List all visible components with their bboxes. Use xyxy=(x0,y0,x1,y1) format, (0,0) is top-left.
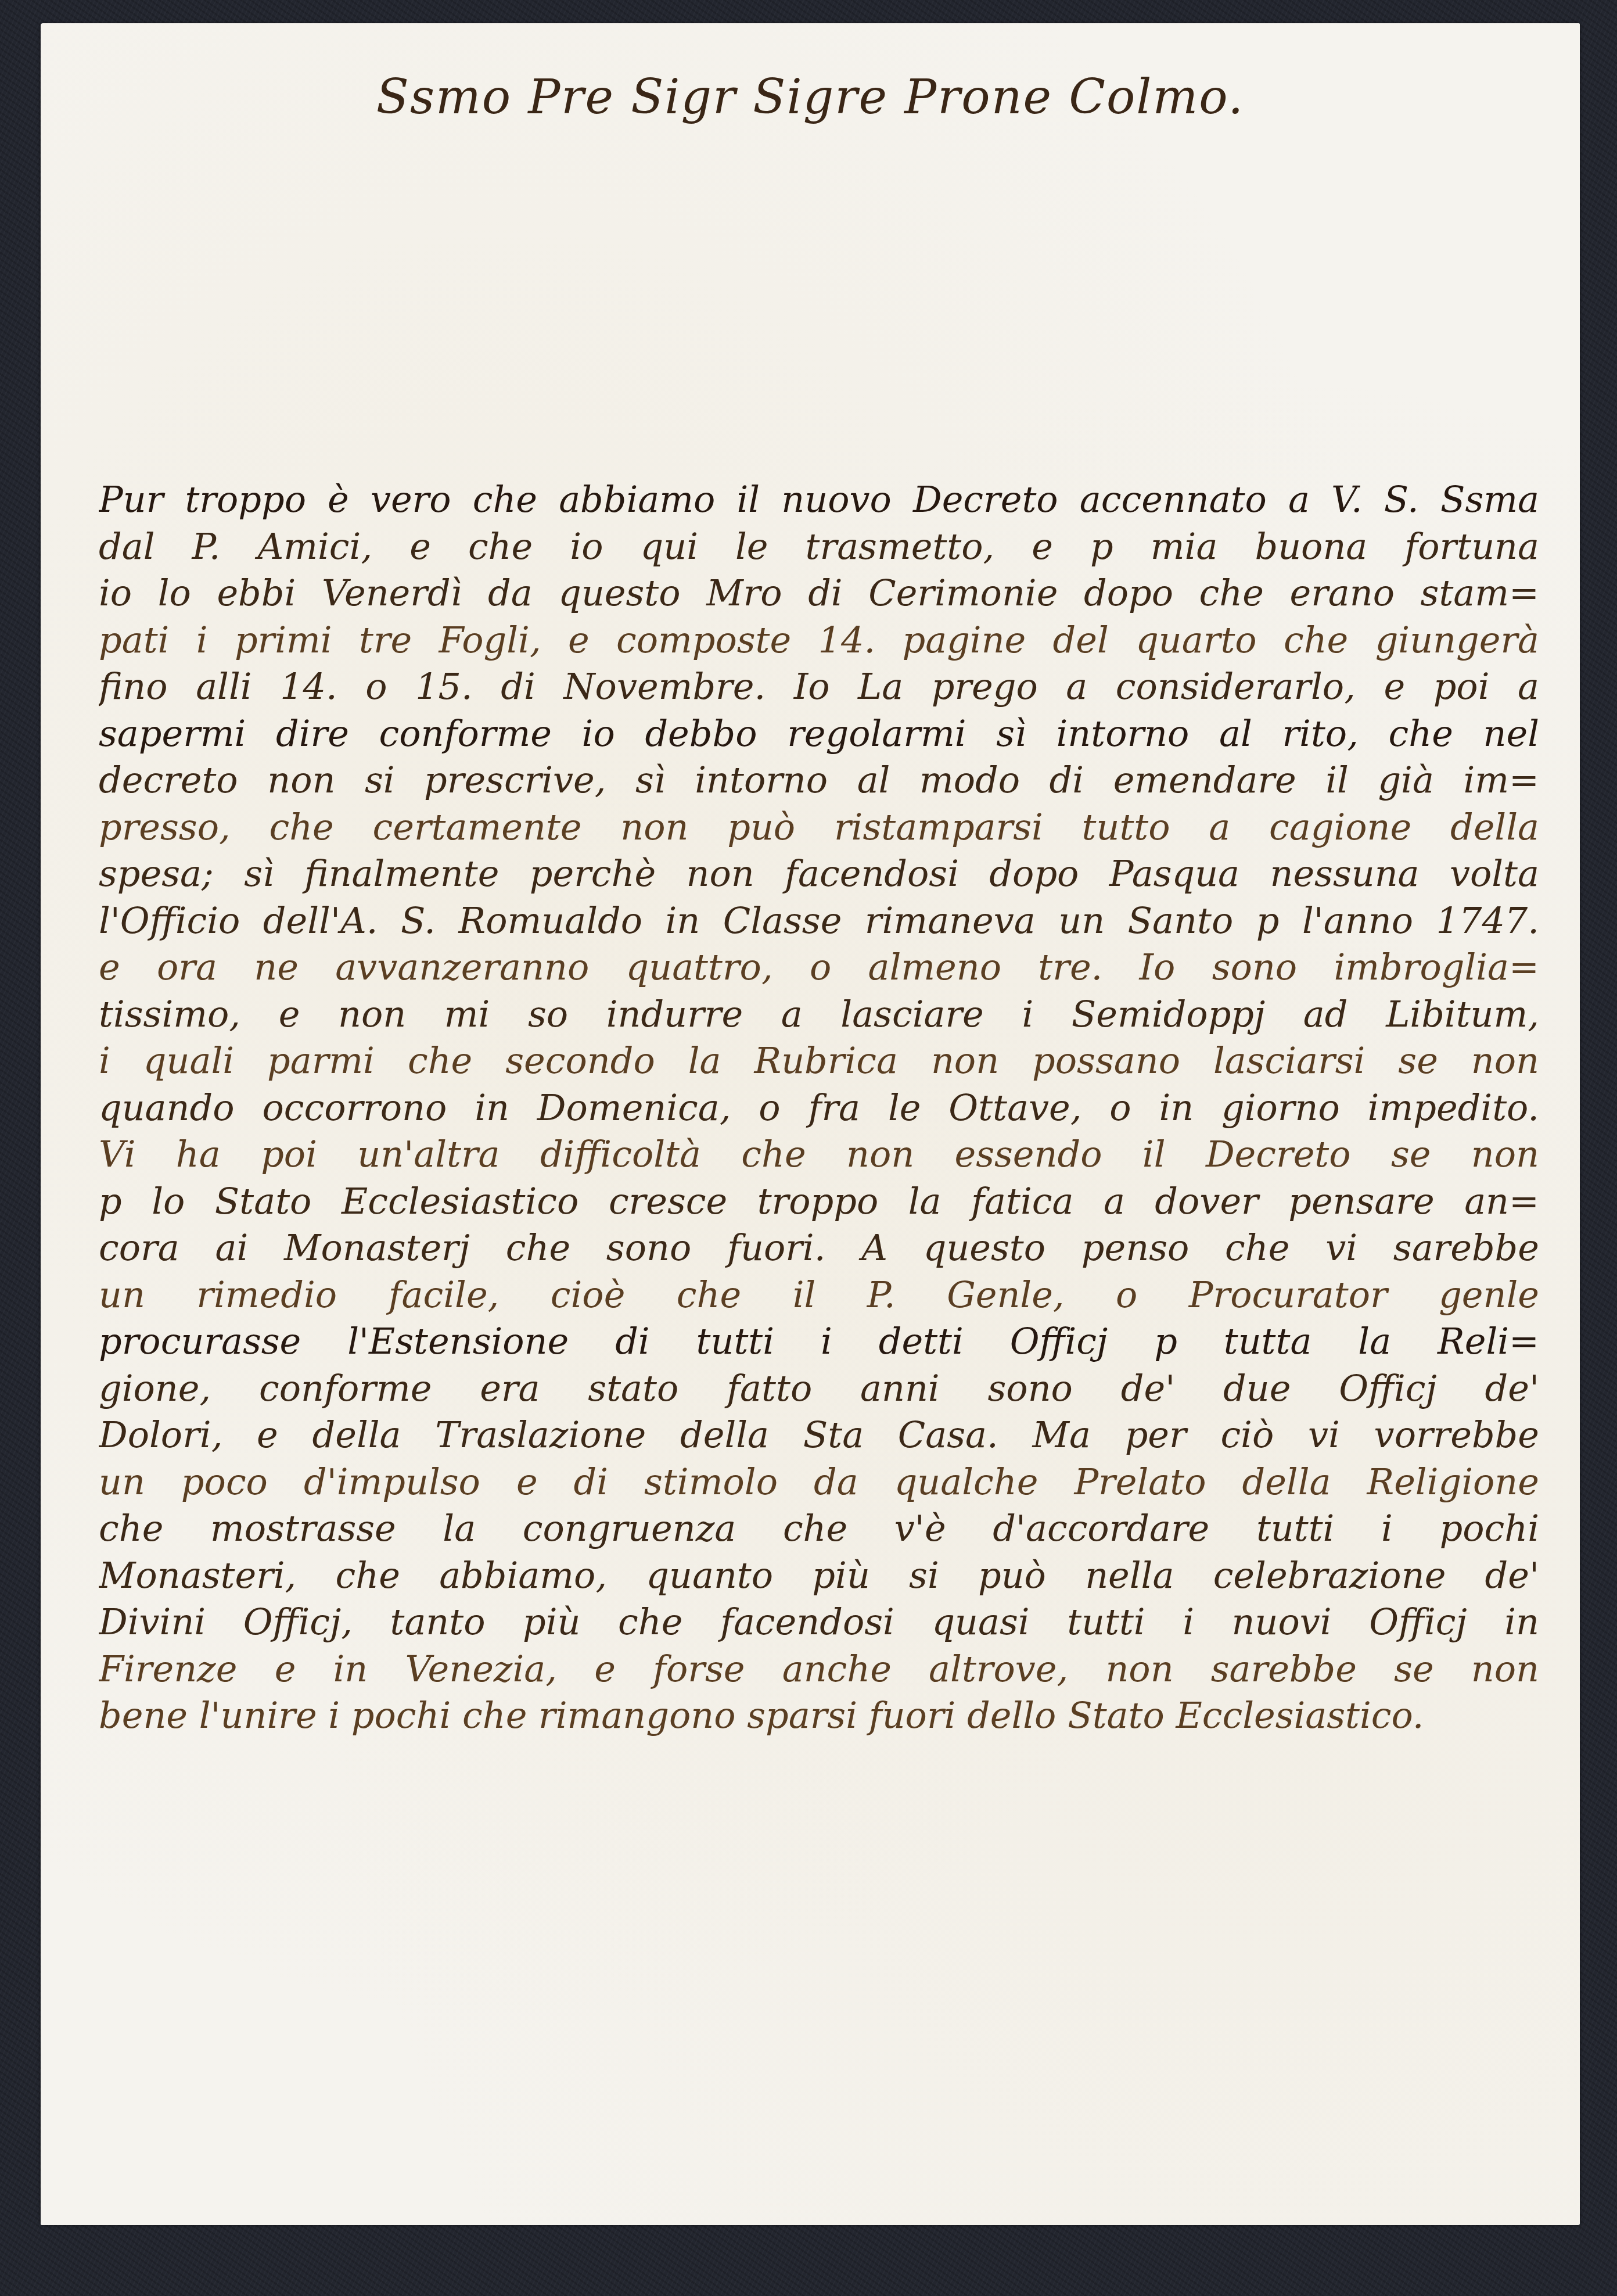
letter-line: Dolori, e della Traslazione della Sta Ca… xyxy=(99,1412,1539,1459)
letter-line: l'Officio dell'A. S. Romualdo in Classe … xyxy=(99,898,1539,945)
letter-salutation: Ssmo Pre Sigr Sigre Prone Colmo. xyxy=(41,70,1580,125)
letter-sheet: Ssmo Pre Sigr Sigre Prone Colmo. Pur tro… xyxy=(41,23,1580,2225)
letter-line: i quali parmi che secondo la Rubrica non… xyxy=(99,1038,1539,1085)
letter-line: Monasteri, che abbiamo, quanto più si pu… xyxy=(99,1552,1539,1599)
letter-line: tissimo, e non mi so indurre a lasciare … xyxy=(99,991,1539,1038)
letter-line: decreto non si prescrive, sì intorno al … xyxy=(99,757,1539,804)
letter-line: presso, che certamente non può ristampar… xyxy=(99,804,1539,851)
letter-line: gione, conforme era stato fatto anni son… xyxy=(99,1365,1539,1412)
letter-line: Divini Officj, tanto più che facendosi q… xyxy=(99,1599,1539,1646)
letter-line: procurasse l'Estensione di tutti i detti… xyxy=(99,1318,1539,1365)
letter-line: fino alli 14. o 15. di Novembre. Io La p… xyxy=(99,663,1539,711)
letter-line: un rimedio facile, cioè che il P. Genle,… xyxy=(99,1272,1539,1319)
letter-line: pati i primi tre Fogli, e composte 14. p… xyxy=(99,617,1539,664)
letter-line: cora ai Monasterj che sono fuori. A ques… xyxy=(99,1225,1539,1272)
letter-line: Vi ha poi un'altra difficoltà che non es… xyxy=(99,1131,1539,1178)
letter-line: Pur troppo è vero che abbiamo il nuovo D… xyxy=(99,476,1539,523)
letter-line: io lo ebbi Venerdì da questo Mro di Ceri… xyxy=(99,570,1539,617)
letter-body: Pur troppo è vero che abbiamo il nuovo D… xyxy=(99,476,1539,1739)
letter-line: spesa; sì finalmente perchè non facendos… xyxy=(99,851,1539,898)
letter-line: dal P. Amici, e che io qui le trasmetto,… xyxy=(99,523,1539,571)
letter-line: sapermi dire conforme io debbo regolarmi… xyxy=(99,711,1539,758)
letter-line: un poco d'impulso e di stimolo da qualch… xyxy=(99,1459,1539,1506)
letter-line: bene l'unire i pochi che rimangono spars… xyxy=(99,1692,1539,1739)
letter-line: Firenze e in Venezia, e forse anche altr… xyxy=(99,1646,1539,1693)
letter-line: p lo Stato Ecclesiastico cresce troppo l… xyxy=(99,1178,1539,1225)
letter-line: e ora ne avvanzeranno quattro, o almeno … xyxy=(99,944,1539,991)
letter-line: quando occorrono in Domenica, o fra le O… xyxy=(99,1085,1539,1132)
letter-line: che mostrasse la congruenza che v'è d'ac… xyxy=(99,1505,1539,1552)
